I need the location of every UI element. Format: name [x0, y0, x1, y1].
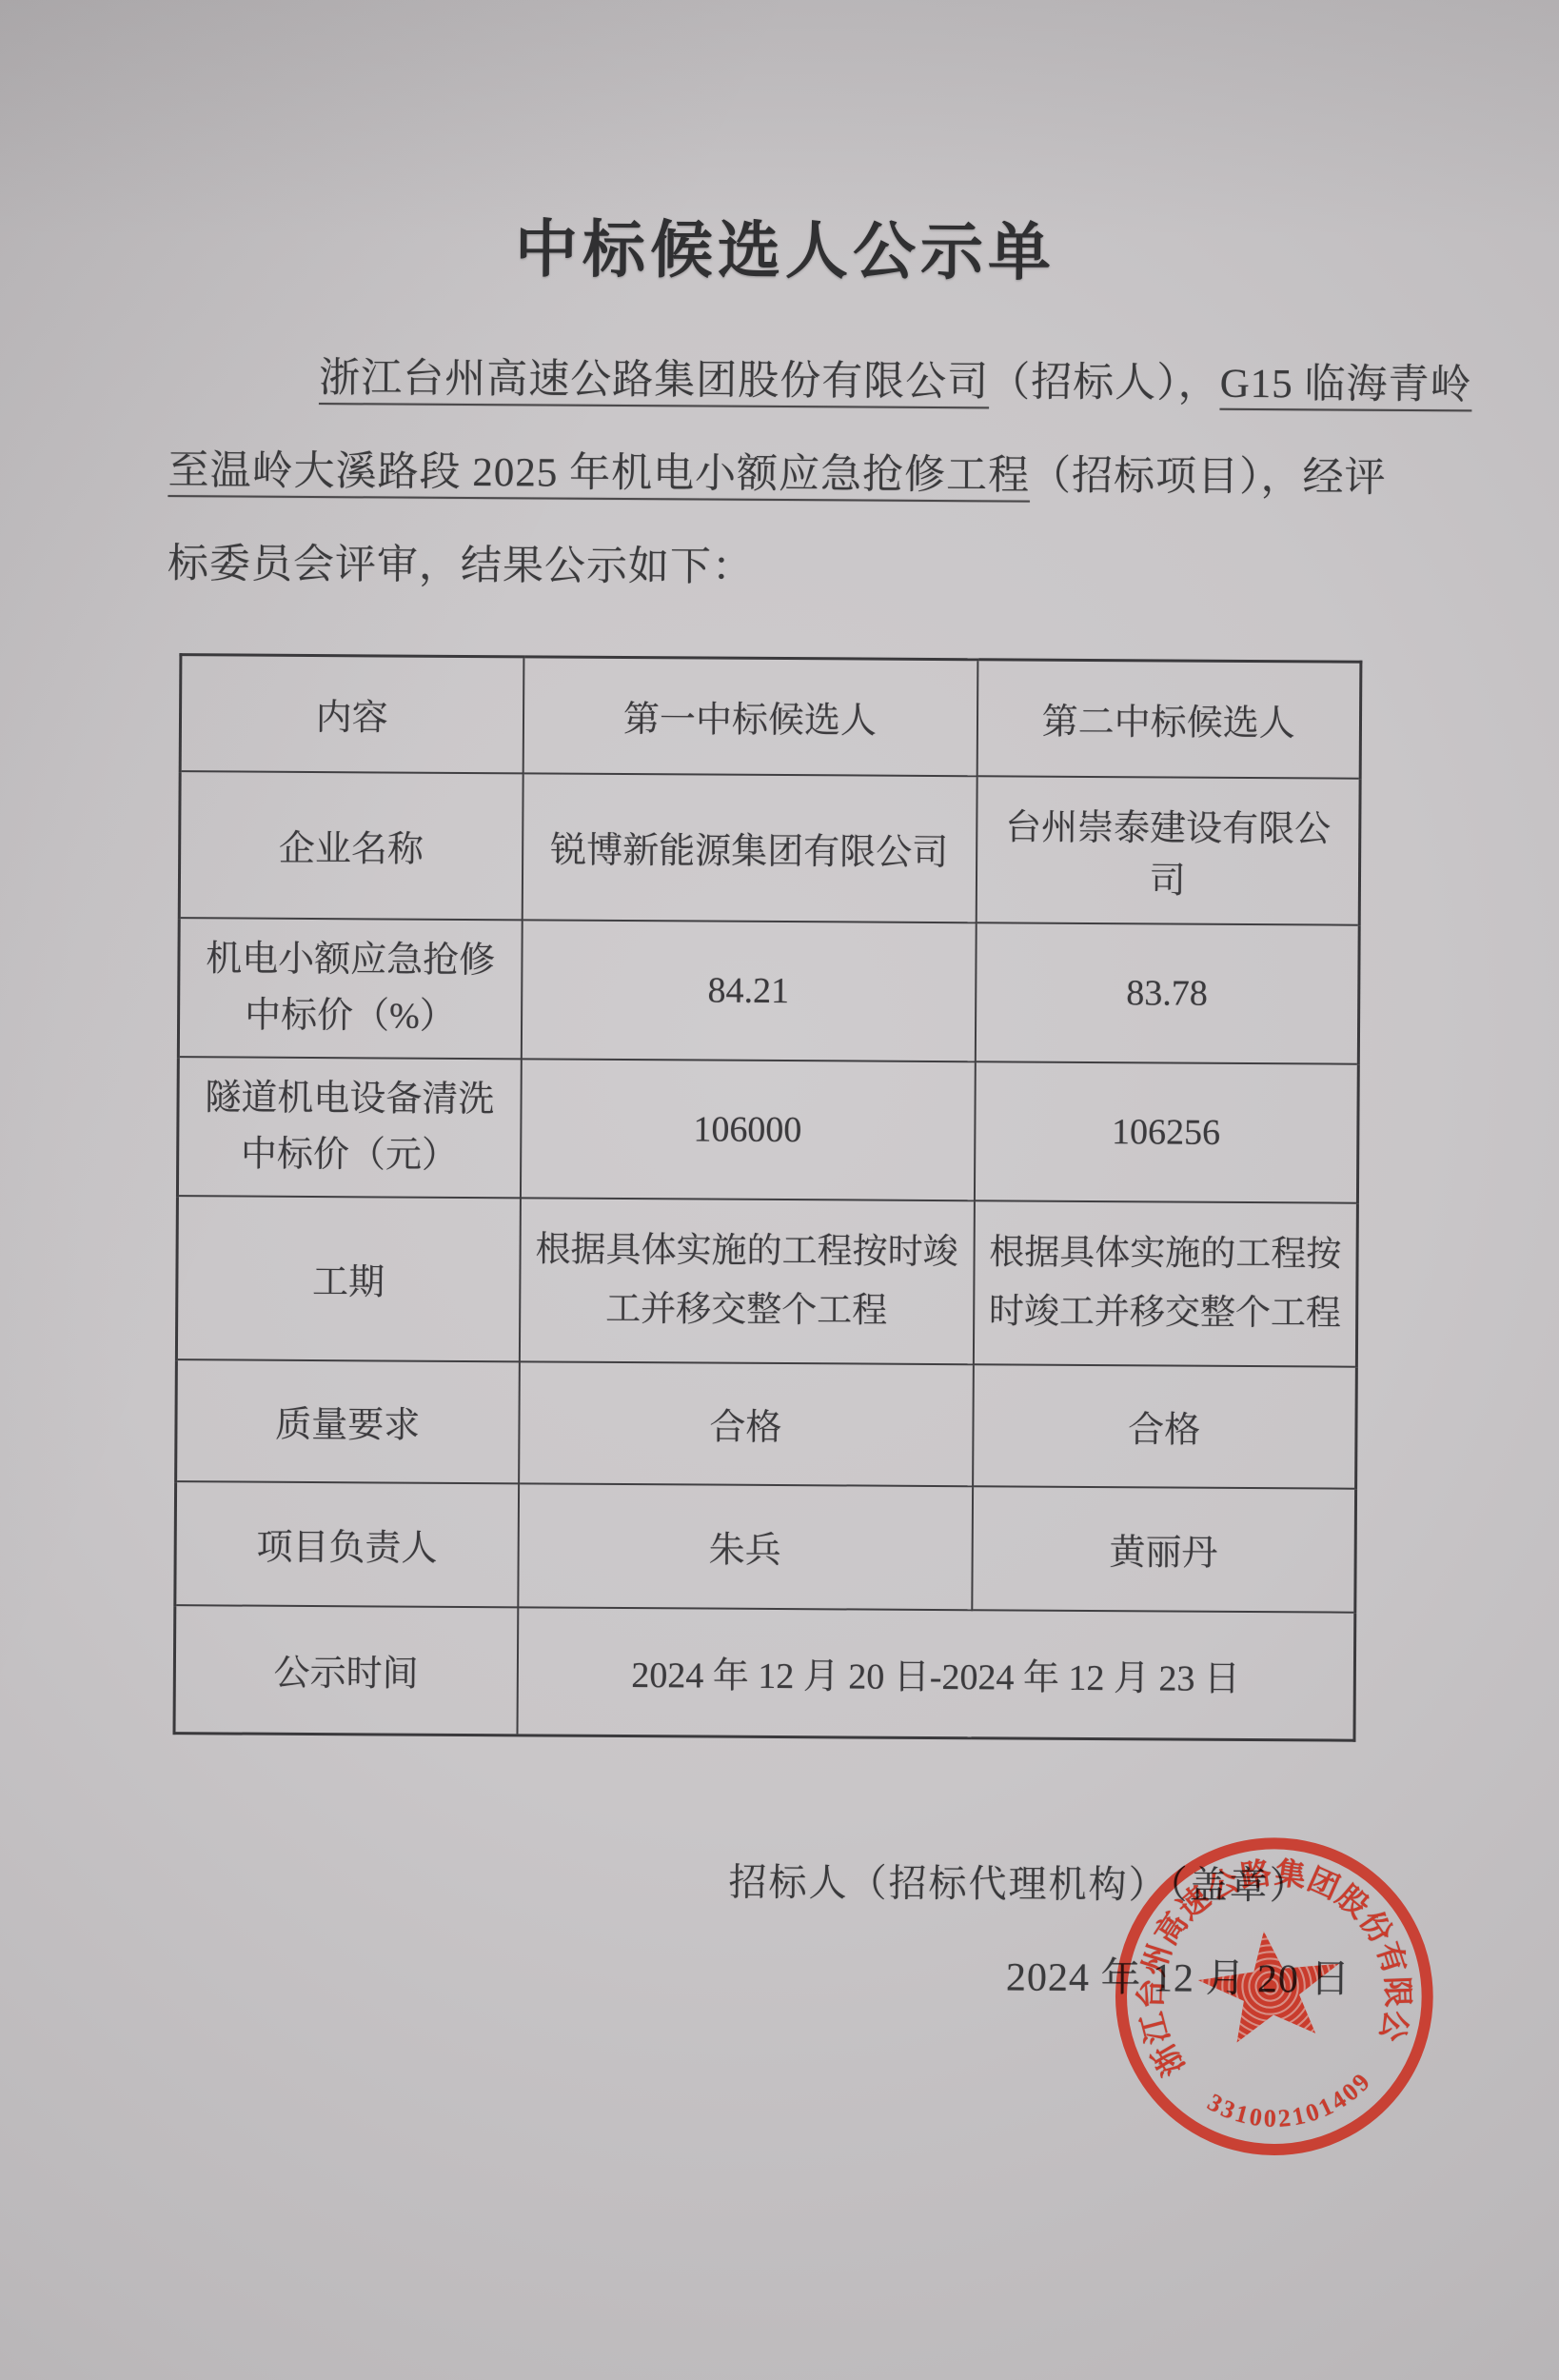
header-first-candidate: 第一中标候选人 [523, 657, 977, 776]
cell-value: 锐博新能源集团有限公司 [522, 773, 977, 922]
row-label: 机电小额应急抢修 中标价（%） [178, 918, 522, 1059]
table-row-publicity-period: 公示时间 2024 年 12 月 20 日-2024 年 12 月 23 日 [174, 1605, 1355, 1741]
cell-value-span: 2024 年 12 月 20 日-2024 年 12 月 23 日 [517, 1607, 1355, 1740]
row-label: 企业名称 [179, 771, 523, 920]
project-suffix: （招标项目），经评 [1030, 454, 1387, 501]
project-name-part1-underlined: G15 临海青岭 [1220, 362, 1472, 408]
table-row-manager: 项目负责人 朱兵 黄丽丹 [175, 1481, 1356, 1613]
cell-value: 106256 [974, 1061, 1358, 1202]
company-seal: 浙江台州高速公路集团股份有限公司 33100210140986 [1067, 1790, 1481, 2204]
seal-number-text: 33100210140986 [1067, 1790, 1381, 2154]
cell-value: 合格 [519, 1361, 974, 1486]
seal-company-text: 浙江台州高速公路集团股份有限公司 [1067, 1790, 1423, 2092]
table-row-repair-price: 机电小额应急抢修 中标价（%） 84.21 83.78 [178, 918, 1359, 1064]
page-title: 中标候选人公示单 [6, 195, 1559, 295]
table-row-cleaning-price: 隧道机电设备清洗 中标价（元） 106000 106256 [177, 1057, 1358, 1203]
row-label: 工期 [176, 1196, 520, 1361]
row-label: 质量要求 [176, 1359, 520, 1483]
bid-candidates-table: 内容 第一中标候选人 第二中标候选人 企业名称 锐博新能源集团有限公司 台州崇泰… [172, 653, 1362, 1742]
cell-value: 朱兵 [518, 1483, 973, 1610]
intro-paragraph: 浙江台州高速公路集团股份有限公司（招标人），G15 临海青岭 至温岭大溪路段 2… [168, 331, 1407, 619]
row-label: 项目负责人 [175, 1481, 519, 1607]
photographed-document: { "doc": { "title": "中标候选人公示单", "intro":… [0, 0, 1559, 2380]
header-content: 内容 [180, 655, 523, 773]
seal-star-icon [1184, 1910, 1356, 2063]
row-label: 公示时间 [174, 1605, 518, 1735]
tenderer-name-underlined: 浙江台州高速公路集团股份有限公司 [319, 356, 989, 405]
notice-document: 中标候选人公示单 浙江台州高速公路集团股份有限公司（招标人），G15 临海青岭 … [0, 0, 1559, 2380]
intro-line-2: 至温岭大溪路段 2025 年机电小额应急抢修工程（招标项目），经评 [168, 425, 1406, 526]
project-name-part2-underlined: 至温岭大溪路段 2025 年机电小额应急抢修工程 [168, 448, 1030, 499]
table-header-row: 内容 第一中标候选人 第二中标候选人 [180, 655, 1361, 779]
cell-value: 84.21 [521, 920, 976, 1061]
intro-line-1: 浙江台州高速公路集团股份有限公司（招标人），G15 临海青岭 [168, 331, 1407, 432]
table-row-quality: 质量要求 合格 合格 [176, 1359, 1357, 1489]
tenderer-suffix: （招标人）， [989, 360, 1220, 406]
table-row-company: 企业名称 锐博新能源集团有限公司 台州崇泰建设有限公司 [179, 771, 1360, 925]
header-second-candidate: 第二中标候选人 [977, 660, 1361, 778]
cell-value: 黄丽丹 [972, 1486, 1356, 1612]
row-label: 隧道机电设备清洗 中标价（元） [177, 1057, 521, 1198]
cell-value: 106000 [520, 1059, 975, 1200]
cell-value: 83.78 [975, 922, 1359, 1063]
cell-value: 根据具体实施的工程按时竣工并移交整个工程 [973, 1200, 1357, 1366]
cell-value: 台州崇泰建设有限公司 [976, 776, 1360, 924]
cell-value: 根据具体实施的工程按时竣工并移交整个工程 [519, 1198, 974, 1364]
cell-value: 合格 [973, 1364, 1357, 1488]
table-row-duration: 工期 根据具体实施的工程按时竣工并移交整个工程 根据具体实施的工程按时竣工并移交… [176, 1196, 1357, 1367]
intro-line-3: 标委员会评审，结果公示如下： [168, 518, 1406, 619]
